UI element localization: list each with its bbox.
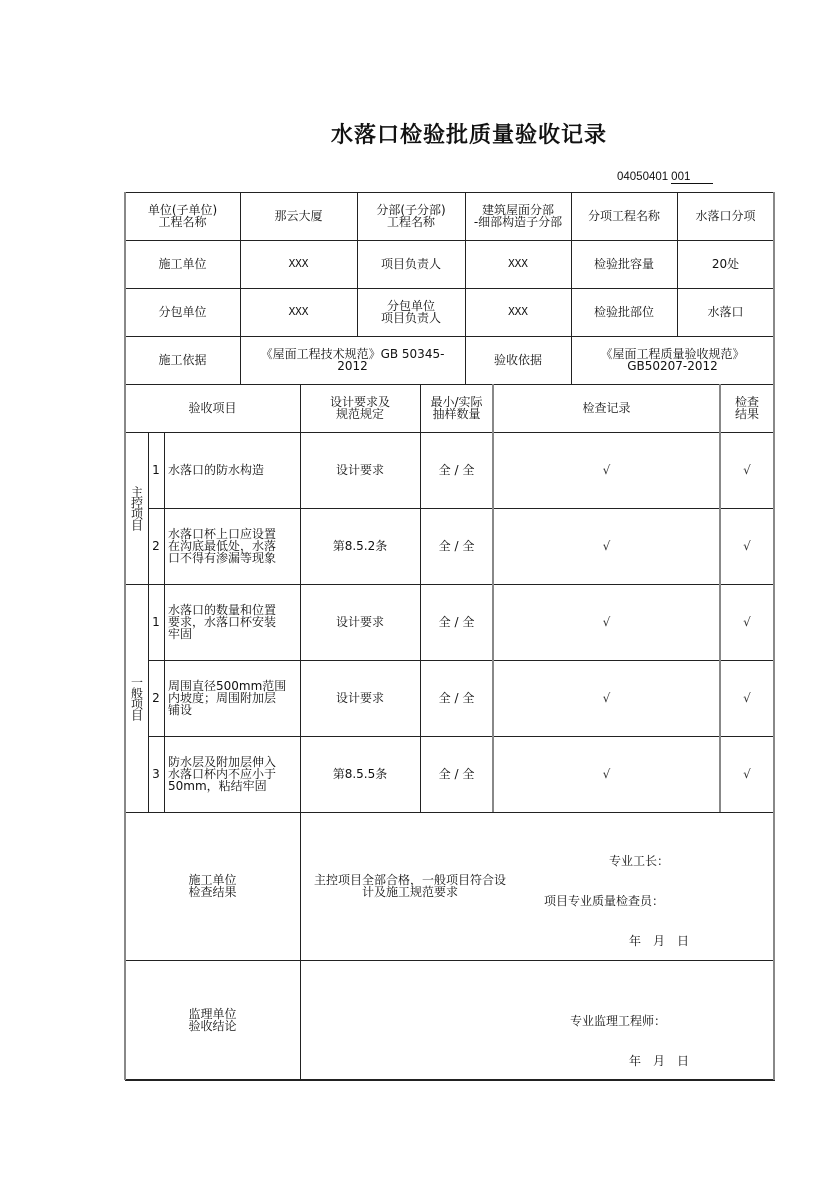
item-description: 水落口杯上口应设置 在沟底最低处，水落 口不得有渗漏等现象 bbox=[164, 508, 300, 584]
main-control-group-label: 主控项目 bbox=[125, 432, 148, 584]
item-requirement: 设计要求 bbox=[300, 432, 420, 508]
quality-inspector-signature-label: 项目专业质量检查员： bbox=[544, 892, 664, 909]
item-sample[interactable]: 全 / 全 bbox=[420, 736, 493, 812]
contractor-date-label: 年 月 日 bbox=[629, 932, 689, 949]
project-manager-label: 项目负责人 bbox=[357, 240, 465, 288]
unit-name-label: 单位(子单位) 工程名称 bbox=[125, 192, 240, 240]
code-suffix-field[interactable]: 001 bbox=[671, 171, 713, 184]
header-result: 检查 结果 bbox=[720, 384, 774, 432]
division-name-label: 分部(子分部) 工程名称 bbox=[357, 192, 465, 240]
supervisor-date-label: 年 月 日 bbox=[629, 1052, 689, 1069]
row-number: 2 bbox=[148, 660, 164, 736]
batch-location-value[interactable]: 水落口 bbox=[677, 288, 774, 336]
item-requirement: 第8.5.2条 bbox=[300, 508, 420, 584]
item-description: 防水层及附加层伸入 水落口杯内不应小于 50mm，粘结牢固 bbox=[164, 736, 300, 812]
page-title: 水落口检验批质量验收记录 bbox=[0, 118, 838, 149]
batch-location-label: 检验批部位 bbox=[571, 288, 677, 336]
record-number: 04050401001 bbox=[617, 171, 713, 184]
item-sample[interactable]: 全 / 全 bbox=[420, 508, 493, 584]
construction-basis-label: 施工依据 bbox=[125, 336, 240, 384]
item-sample[interactable]: 全 / 全 bbox=[420, 660, 493, 736]
item-record-check-icon[interactable]: √ bbox=[493, 432, 720, 508]
contractor-value[interactable]: XXX bbox=[240, 240, 357, 288]
contractor-check-label: 施工单位 检查结果 bbox=[125, 812, 300, 960]
header-sample: 最小/实际 抽样数量 bbox=[420, 384, 493, 432]
header-requirement: 设计要求及 规范规定 bbox=[300, 384, 420, 432]
supervisor-check-label: 监理单位 验收结论 bbox=[125, 960, 300, 1079]
item-record-check-icon[interactable]: √ bbox=[493, 736, 720, 812]
subcontractor-value[interactable]: XXX bbox=[240, 288, 357, 336]
subitem-name-value[interactable]: 水落口分项 bbox=[677, 192, 774, 240]
code-prefix: 04050401 bbox=[617, 171, 668, 183]
row-number: 2 bbox=[148, 508, 164, 584]
title-text: 水落口检验批质量验收记录 bbox=[331, 122, 607, 148]
item-sample[interactable]: 全 / 全 bbox=[420, 584, 493, 660]
item-requirement: 第8.5.5条 bbox=[300, 736, 420, 812]
sub-project-manager-label: 分包单位 项目负责人 bbox=[357, 288, 465, 336]
item-result-check-icon[interactable]: √ bbox=[720, 508, 774, 584]
subitem-name-label: 分项工程名称 bbox=[571, 192, 677, 240]
row-number: 1 bbox=[148, 432, 164, 508]
subcontractor-label: 分包单位 bbox=[125, 288, 240, 336]
item-record-check-icon[interactable]: √ bbox=[493, 584, 720, 660]
header-item: 验收项目 bbox=[125, 384, 300, 432]
item-record-check-icon[interactable]: √ bbox=[493, 508, 720, 584]
item-description: 水落口的数量和位置 要求，水落口杯安装 牢固 bbox=[164, 584, 300, 660]
batch-capacity-label: 检验批容量 bbox=[571, 240, 677, 288]
unit-name-value[interactable]: 那云大厦 bbox=[240, 192, 357, 240]
supervising-engineer-signature-label: 专业监理工程师： bbox=[570, 1012, 666, 1029]
construction-basis-value[interactable]: 《屋面工程技术规范》GB 50345- 2012 bbox=[240, 336, 465, 384]
foreman-signature-label: 专业工长： bbox=[609, 852, 669, 869]
project-manager-value[interactable]: XXX bbox=[465, 240, 571, 288]
item-sample[interactable]: 全 / 全 bbox=[420, 432, 493, 508]
acceptance-basis-value[interactable]: 《屋面工程质量验收规范》 GB50207-2012 bbox=[571, 336, 774, 384]
sub-project-manager-value[interactable]: XXX bbox=[465, 288, 571, 336]
item-result-check-icon[interactable]: √ bbox=[720, 584, 774, 660]
item-requirement: 设计要求 bbox=[300, 584, 420, 660]
contractor-label: 施工单位 bbox=[125, 240, 240, 288]
header-record: 检查记录 bbox=[493, 384, 720, 432]
item-description: 周围直径500mm范围 内坡度；周围附加层 铺设 bbox=[164, 660, 300, 736]
row-number: 3 bbox=[148, 736, 164, 812]
item-description: 水落口的防水构造 bbox=[164, 432, 300, 508]
division-name-value[interactable]: 建筑屋面分部 -细部构造子分部 bbox=[465, 192, 571, 240]
row-number: 1 bbox=[148, 584, 164, 660]
general-group-label: 一般项目 bbox=[125, 584, 148, 812]
acceptance-basis-label: 验收依据 bbox=[465, 336, 571, 384]
item-requirement: 设计要求 bbox=[300, 660, 420, 736]
contractor-conclusion[interactable]: 主控项目全部合格，一般项目符合设 计及施工规范要求 bbox=[300, 866, 520, 906]
batch-capacity-value[interactable]: 20处 bbox=[677, 240, 774, 288]
item-result-check-icon[interactable]: √ bbox=[720, 736, 774, 812]
item-result-check-icon[interactable]: √ bbox=[720, 432, 774, 508]
item-record-check-icon[interactable]: √ bbox=[493, 660, 720, 736]
item-result-check-icon[interactable]: √ bbox=[720, 660, 774, 736]
